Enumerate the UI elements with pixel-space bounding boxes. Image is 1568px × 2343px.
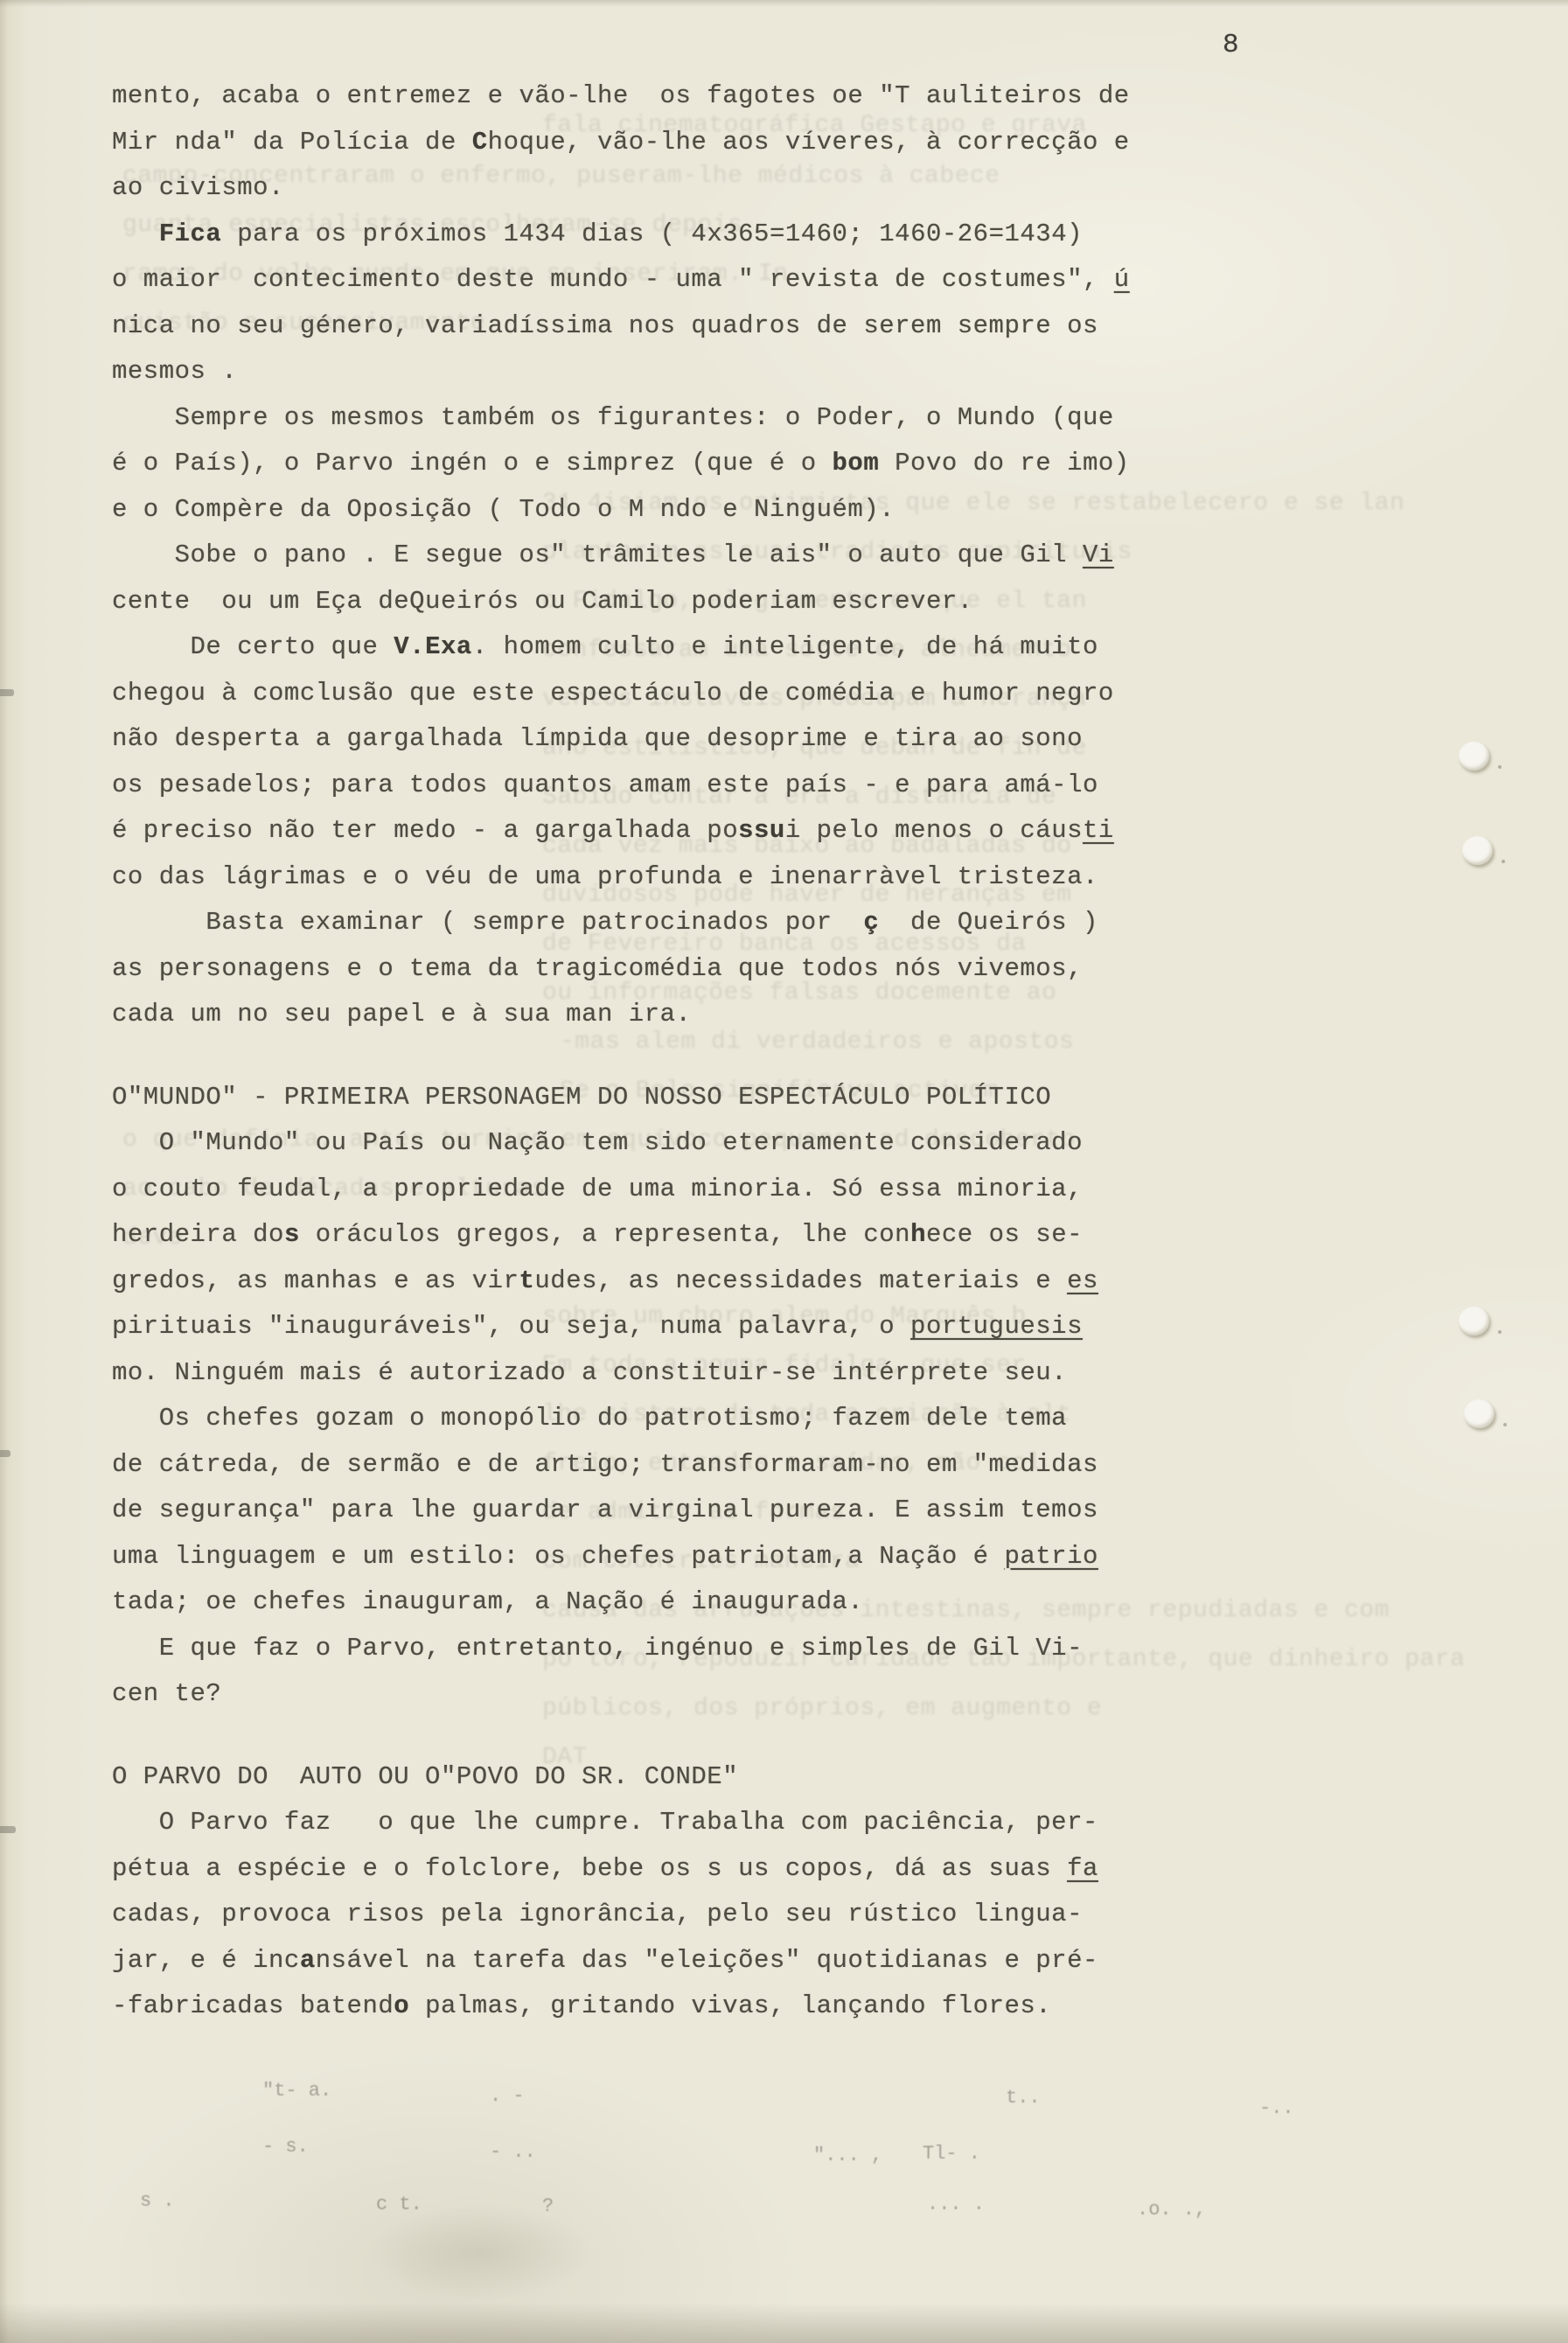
text-line: e o Compère da Oposição ( Todo o M ndo e… xyxy=(112,487,1336,533)
punch-hole xyxy=(1464,1399,1495,1428)
text-line: cente ou um Eça deQueirós ou Camilo pode… xyxy=(112,579,1336,625)
paper-speck xyxy=(1502,860,1505,863)
paragraph: E que faz o Parvo, entretanto, ingénuo e… xyxy=(112,1626,1336,1718)
smudge-stain xyxy=(367,2204,595,2300)
text-line: nica no seu género, variadíssima nos qua… xyxy=(112,303,1336,350)
paragraph: Sempre os mesmos também os figurantes: o… xyxy=(112,395,1336,533)
pencil-mark: Tl- . xyxy=(923,2143,980,2165)
text-line: mo. Ninguém mais é autorizado a constitu… xyxy=(112,1350,1336,1397)
punch-hole xyxy=(1459,742,1489,771)
pencil-mark: -.. xyxy=(1259,2097,1294,2119)
paragraph: O Parvo faz o que lhe cumpre. Trabalha c… xyxy=(112,1800,1336,2030)
text-line: cadas, provoca risos pela ignorância, pe… xyxy=(112,1892,1336,1938)
paragraph: mento, acaba o entremez e vão-lhe os fag… xyxy=(112,73,1336,212)
text-line: Sobe o pano . E segue os" trâmites le ai… xyxy=(112,533,1336,579)
text-line: tada; oe chefes inauguram, a Nação é ina… xyxy=(112,1579,1336,1626)
text-line: de cátreda, de sermão e de artigo; trans… xyxy=(112,1442,1336,1489)
text-line: cen te? xyxy=(112,1671,1336,1718)
text-line: Fica para os próximos 1434 dias ( 4x365=… xyxy=(112,212,1336,258)
text-line: De certo que V.Exa. homem culto e inteli… xyxy=(112,624,1336,671)
text-line: uma linguagem e um estilo: os chefes pat… xyxy=(112,1534,1336,1580)
paper-speck xyxy=(1498,1330,1502,1334)
paper-speck xyxy=(1503,1423,1507,1426)
pencil-mark: - s. xyxy=(262,2136,309,2158)
pencil-mark: ... . xyxy=(927,2193,985,2215)
text-line: jar, e é incansável na tarefa das "eleiç… xyxy=(112,1938,1336,1984)
text-line: os pesadelos; para todos quantos amam es… xyxy=(112,763,1336,809)
text-line: pétua a espécie e o folclore, bebe os s … xyxy=(112,1846,1336,1893)
text-line: cada um no seu papel e à sua man ira. xyxy=(112,992,1336,1038)
scan-edge-mark xyxy=(0,1450,10,1457)
text-line: E que faz o Parvo, entretanto, ingénuo e… xyxy=(112,1626,1336,1672)
pencil-mark: "... , xyxy=(813,2144,882,2166)
text-line: de segurança" para lhe guardar a virgina… xyxy=(112,1488,1336,1534)
text-line: O "Mundo" ou País ou Nação tem sido eter… xyxy=(112,1120,1336,1167)
punch-hole xyxy=(1462,836,1493,865)
text-line: O PARVO DO AUTO OU O"POVO DO SR. CONDE" xyxy=(112,1754,1336,1801)
text-line: o couto feudal, a propriedade de uma min… xyxy=(112,1167,1336,1213)
pencil-mark: "t- a. xyxy=(262,2080,331,2102)
text-line: chegou à comclusão que este espectáculo … xyxy=(112,671,1336,717)
scan-edge-mark xyxy=(0,1826,16,1833)
text-line: Mir nda" da Polícia de Choque, vão-lhe a… xyxy=(112,120,1336,166)
paragraph: Sobe o pano . E segue os" trâmites le ai… xyxy=(112,533,1336,624)
text-line: Os chefes gozam o monopólio do patrotism… xyxy=(112,1396,1336,1442)
text-line: mesmos . xyxy=(112,349,1336,395)
section-heading: O PARVO DO AUTO OU O"POVO DO SR. CONDE" xyxy=(112,1754,1336,1801)
paper-speck xyxy=(1498,765,1502,769)
text-line: é preciso não ter medo - a gargalhada po… xyxy=(112,808,1336,854)
section-heading: O"MUNDO" - PRIMEIRA PERSONAGEM DO NOSSO … xyxy=(112,1075,1336,1121)
text-line: Basta examinar ( sempre patrocinados por… xyxy=(112,900,1336,946)
pencil-mark: . - xyxy=(490,2085,525,2107)
text-line: não desperta a gargalhada límpida que de… xyxy=(112,716,1336,763)
paragraph: De certo que V.Exa. homem culto e inteli… xyxy=(112,624,1336,900)
scan-edge-mark xyxy=(0,689,14,696)
text-line: o maior contecimento deste mundo - uma "… xyxy=(112,257,1336,303)
pencil-mark: - .. xyxy=(490,2141,536,2163)
text-column: mento, acaba o entremez e vão-lhe os fag… xyxy=(112,73,1336,2030)
text-line: -fabricadas batendo palmas, gritando viv… xyxy=(112,1984,1336,2030)
paragraph: Fica para os próximos 1434 dias ( 4x365=… xyxy=(112,212,1336,395)
text-line: é o País), o Parvo ingén o e simprez (qu… xyxy=(112,441,1336,487)
text-line: O Parvo faz o que lhe cumpre. Trabalha c… xyxy=(112,1800,1336,1846)
text-line: pirituais "inauguráveis", ou seja, numa … xyxy=(112,1304,1336,1350)
pencil-mark: t.. xyxy=(1006,2087,1041,2109)
text-line: Sempre os mesmos também os figurantes: o… xyxy=(112,395,1336,442)
page-number: 8 xyxy=(1223,30,1240,60)
punch-hole xyxy=(1459,1307,1489,1335)
text-line: co das lágrimas e o véu de uma profunda … xyxy=(112,854,1336,901)
text-line: as personagens e o tema da tragicomédia … xyxy=(112,946,1336,993)
text-line: gredos, as manhas e as virtudes, as nece… xyxy=(112,1259,1336,1305)
pencil-mark: s . xyxy=(140,2190,175,2212)
text-line: O"MUNDO" - PRIMEIRA PERSONAGEM DO NOSSO … xyxy=(112,1075,1336,1121)
text-line: ao civismo. xyxy=(112,165,1336,212)
paragraph: Basta examinar ( sempre patrocinados por… xyxy=(112,900,1336,1038)
document-page: 8 fala cinematográfica Gestapo e gravaca… xyxy=(0,0,1568,2343)
text-line: herdeira dos oráculos gregos, a represen… xyxy=(112,1212,1336,1259)
paragraph: O "Mundo" ou País ou Nação tem sido eter… xyxy=(112,1120,1336,1396)
text-line: mento, acaba o entremez e vão-lhe os fag… xyxy=(112,73,1336,120)
pencil-mark: .o. ., xyxy=(1137,2199,1206,2221)
paragraph: Os chefes gozam o monopólio do patrotism… xyxy=(112,1396,1336,1626)
